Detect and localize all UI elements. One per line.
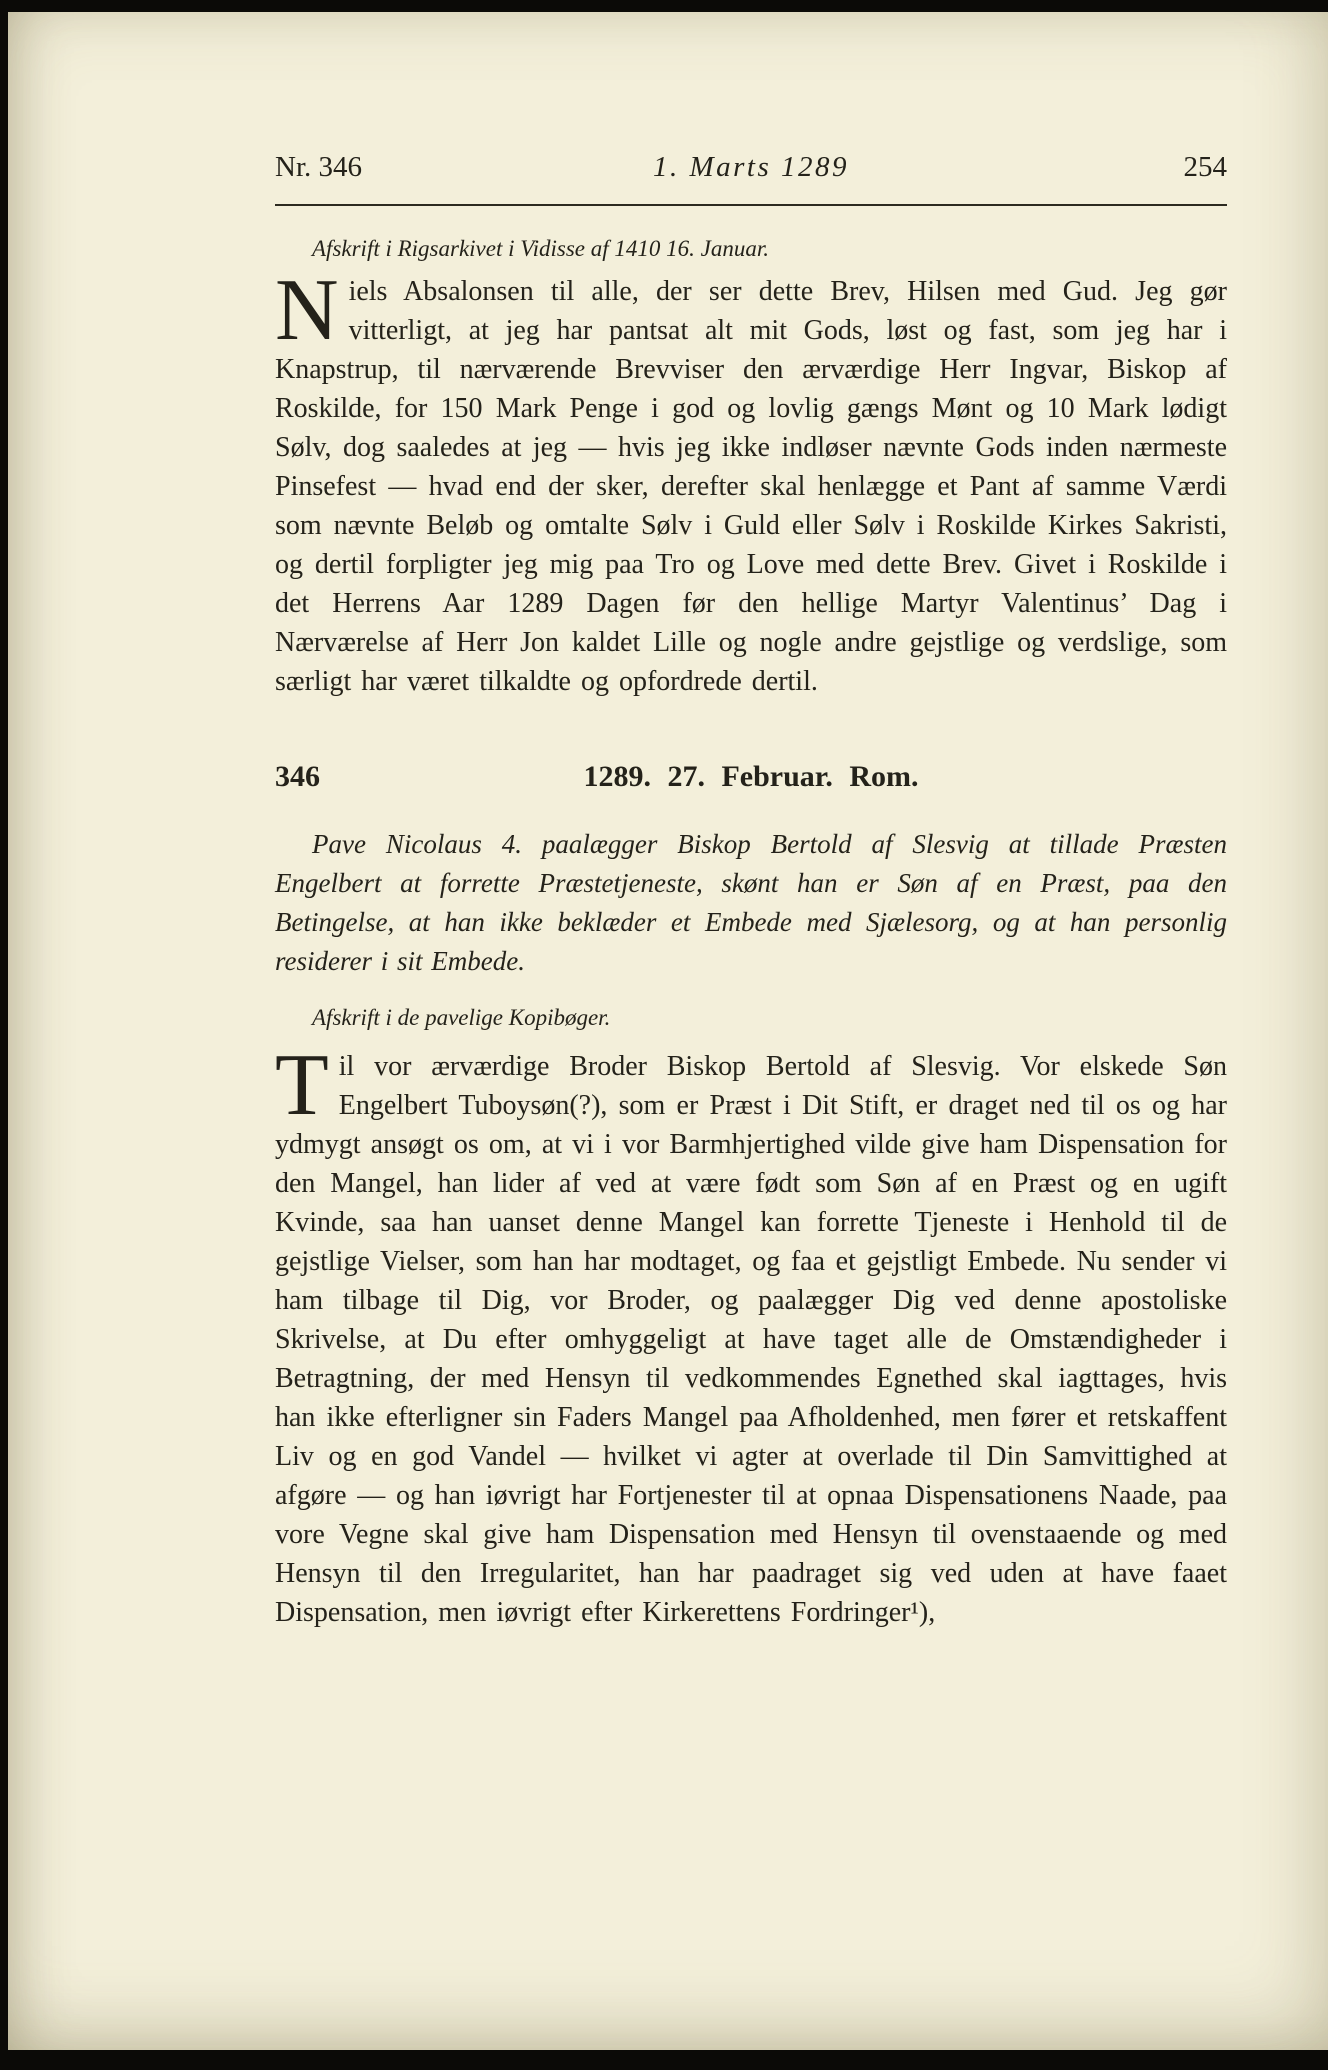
page-number: 254 — [1184, 150, 1228, 184]
entry-346-summary: Pave Nicolaus 4. paalægger Biskop Bertol… — [275, 825, 1227, 981]
running-header: Nr. 346 1. Marts 1289 254 — [275, 150, 1227, 184]
page-content: Nr. 346 1. Marts 1289 254 Afskrift i Rig… — [275, 150, 1227, 1632]
entry-346-source-note: Afskrift i de pavelige Kopibøger. — [312, 1003, 1227, 1033]
book-page: Nr. 346 1. Marts 1289 254 Afskrift i Rig… — [8, 12, 1328, 2050]
entry-346-heading: 346 1289. 27. Februar. Rom. — [275, 759, 1227, 795]
running-header-date: 1. Marts 1289 — [275, 150, 1227, 184]
entry-346-body-text: Til vor ærværdige Broder Biskop Bertold … — [275, 1047, 1227, 1632]
header-rule — [275, 204, 1227, 206]
entry-345-source-note: Afskrift i Rigsarkivet i Vidisse af 1410… — [312, 234, 1227, 264]
entry-345-body-text: Niels Absalonsen til alle, der ser dette… — [275, 272, 1227, 701]
entry-346-date: 1289. 27. Februar. Rom. — [275, 759, 1227, 795]
scanned-page: Nr. 346 1. Marts 1289 254 Afskrift i Rig… — [0, 0, 1328, 2070]
